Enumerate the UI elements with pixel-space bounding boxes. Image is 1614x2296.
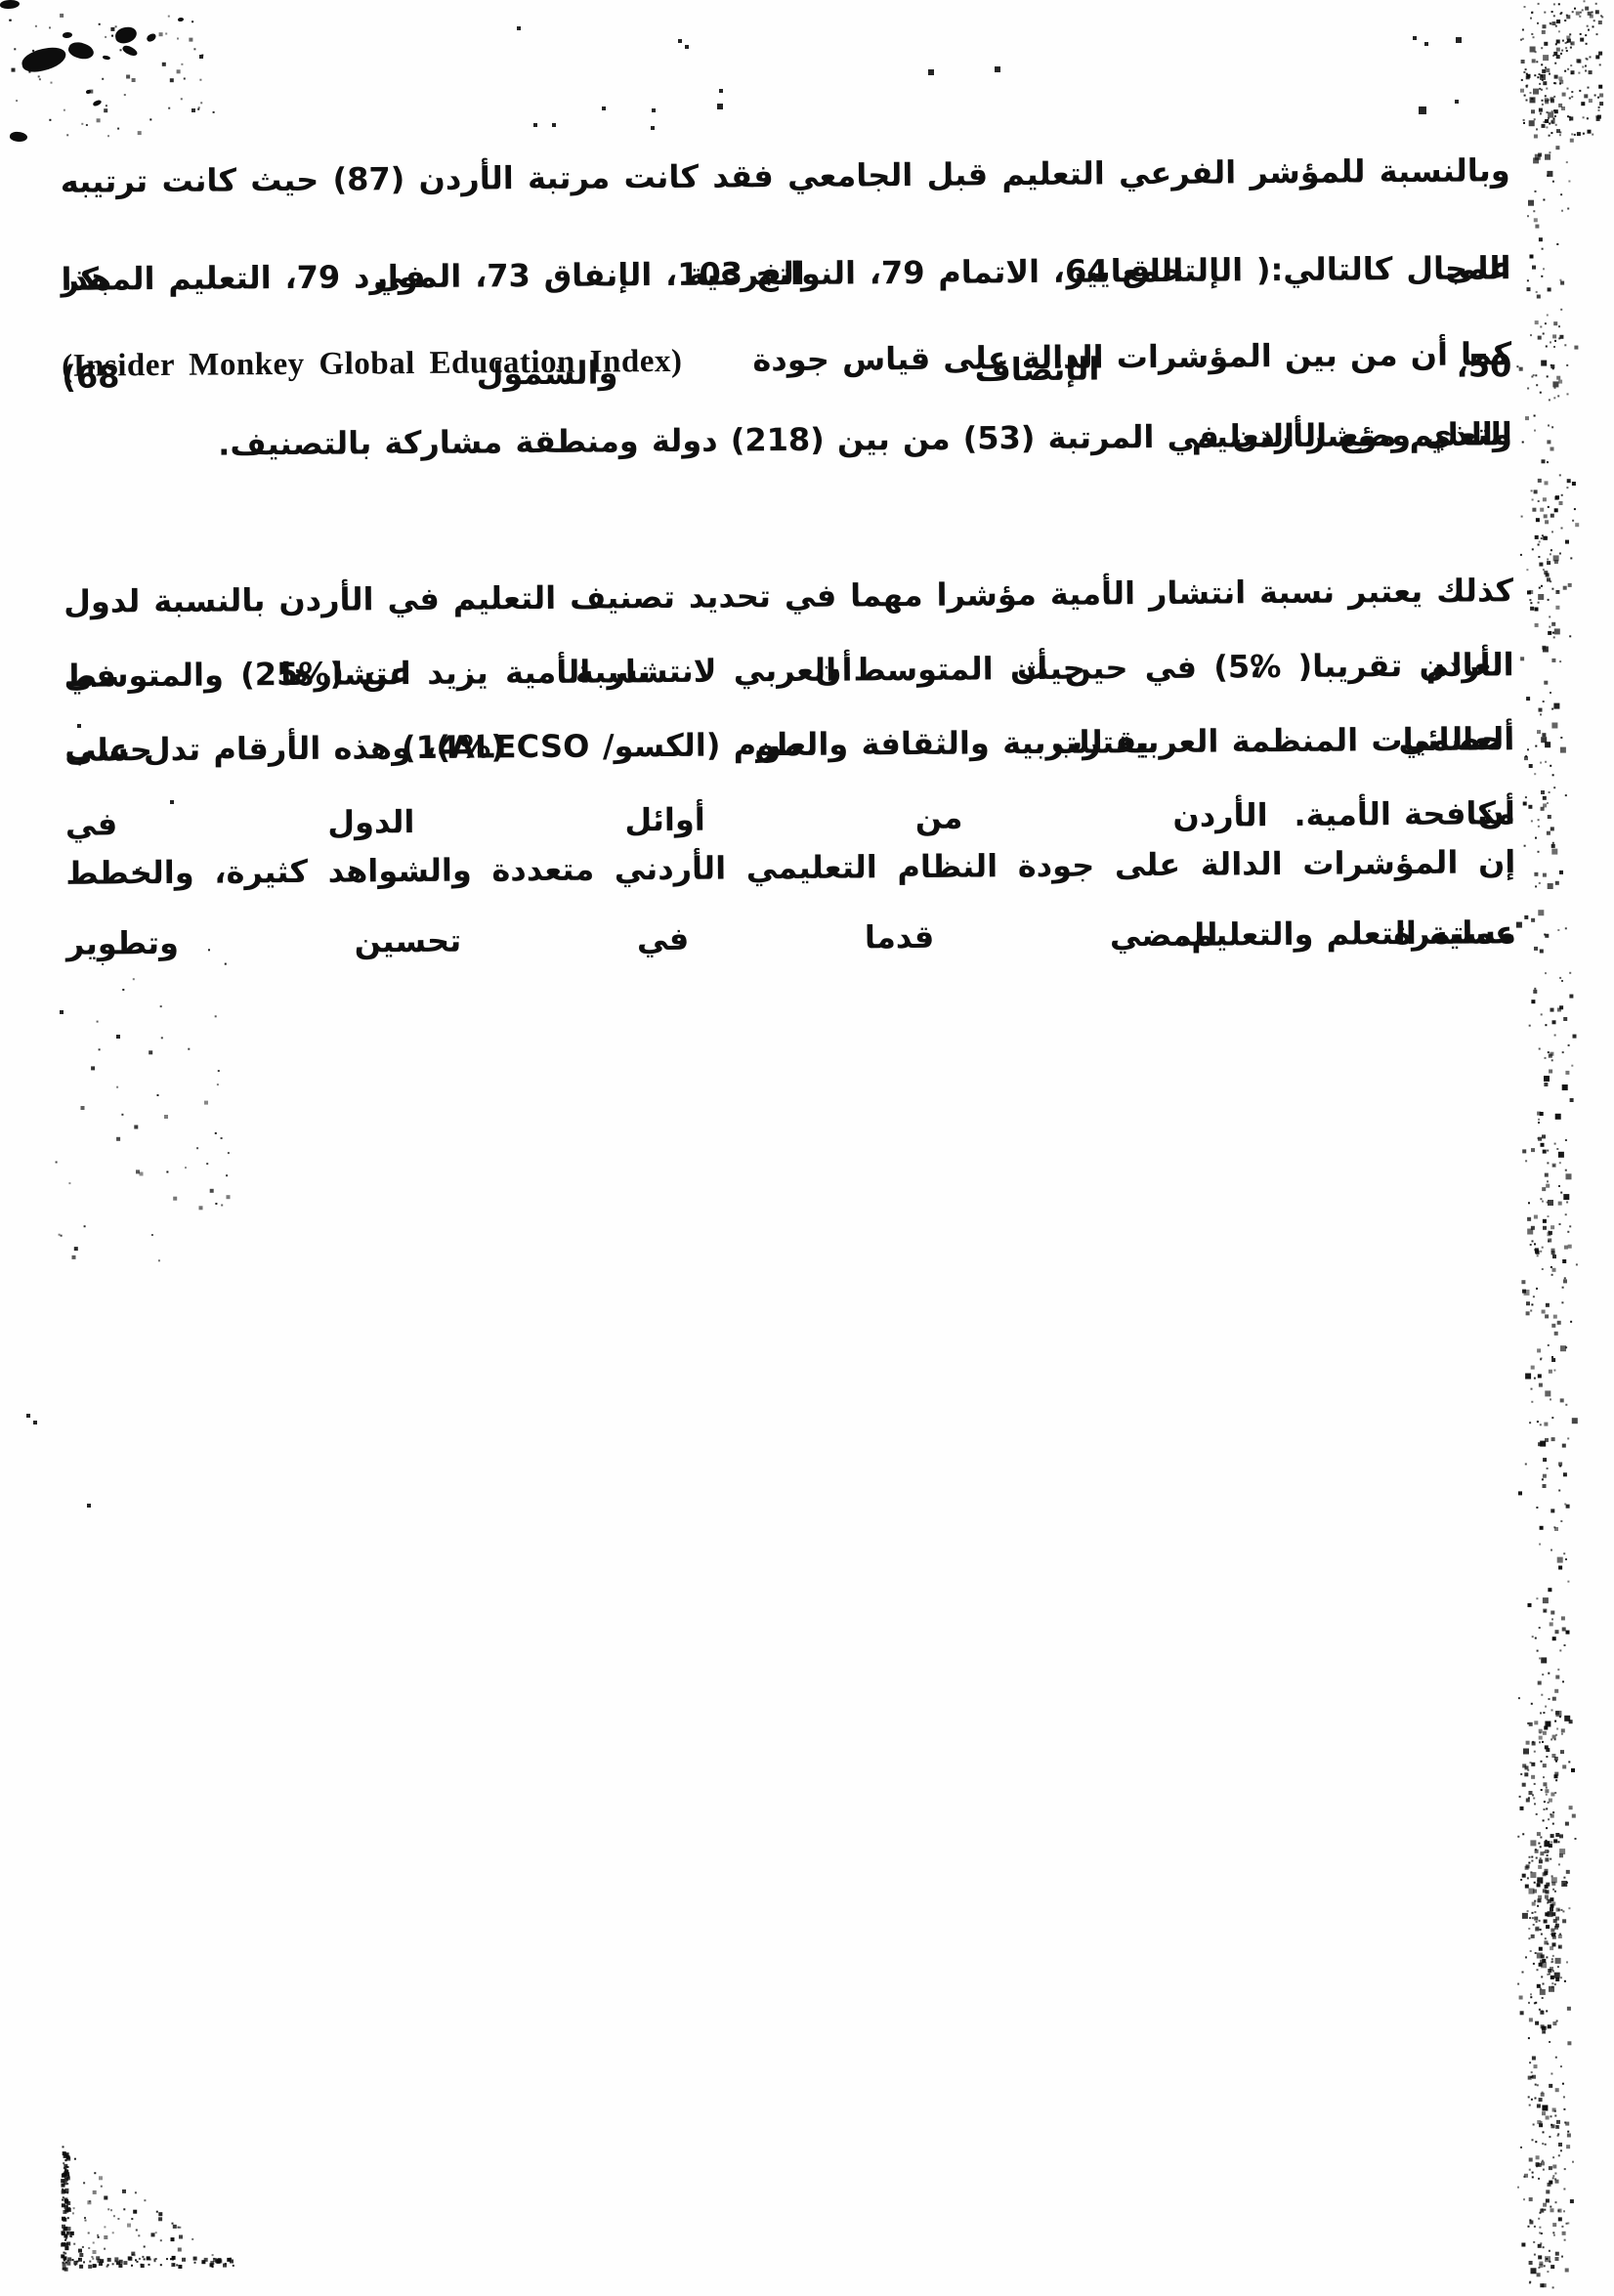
text-line: كما أن من بين المؤشرات الدالة على قياس ج… [62, 314, 1512, 405]
paragraph-conclusion: إن المؤشرات الدالة على جودة النظام التعل… [65, 827, 1516, 979]
text-line: إن المؤشرات الدالة على جودة النظام التعل… [65, 827, 1516, 909]
ink-blob [0, 0, 20, 9]
text-line: المجال كالتالي:( الإلتحاق 64، الاتمام 79… [61, 219, 1511, 328]
english-index-name: (Insider Monkey Global Education Index) [62, 321, 683, 406]
text-line: والذي وضع الأردن في المرتبة (53) من بين … [63, 394, 1513, 486]
text-line: أحصائيات المنظمة العربية للتربية والثقاف… [64, 702, 1515, 787]
paragraph-pre-university-index: وبالنسبة للمؤشر الفرعي التعليم قبل الجام… [60, 121, 1511, 328]
paragraph-illiteracy-rates: كذلك يعتبر نسبة انتشار الأمية مؤشرا مهما… [64, 553, 1515, 862]
text-line: الأردن تقريبا( %5) في حين أن المتوسط الع… [64, 627, 1514, 713]
scanned-page: وبالنسبة للمؤشر الفرعي التعليم قبل الجام… [0, 0, 1614, 2296]
document-text: وبالنسبة للمؤشر الفرعي التعليم قبل الجام… [59, 0, 1526, 2296]
text-line: وبالنسبة للمؤشر الفرعي التعليم قبل الجام… [60, 121, 1510, 231]
text-line: كذلك يعتبر نسبة انتشار الأمية مؤشرا مهما… [64, 553, 1514, 639]
paragraph-insider-monkey-index: كما أن من بين المؤشرات الدالة على قياس ج… [62, 314, 1512, 486]
ink-blob [9, 131, 27, 144]
